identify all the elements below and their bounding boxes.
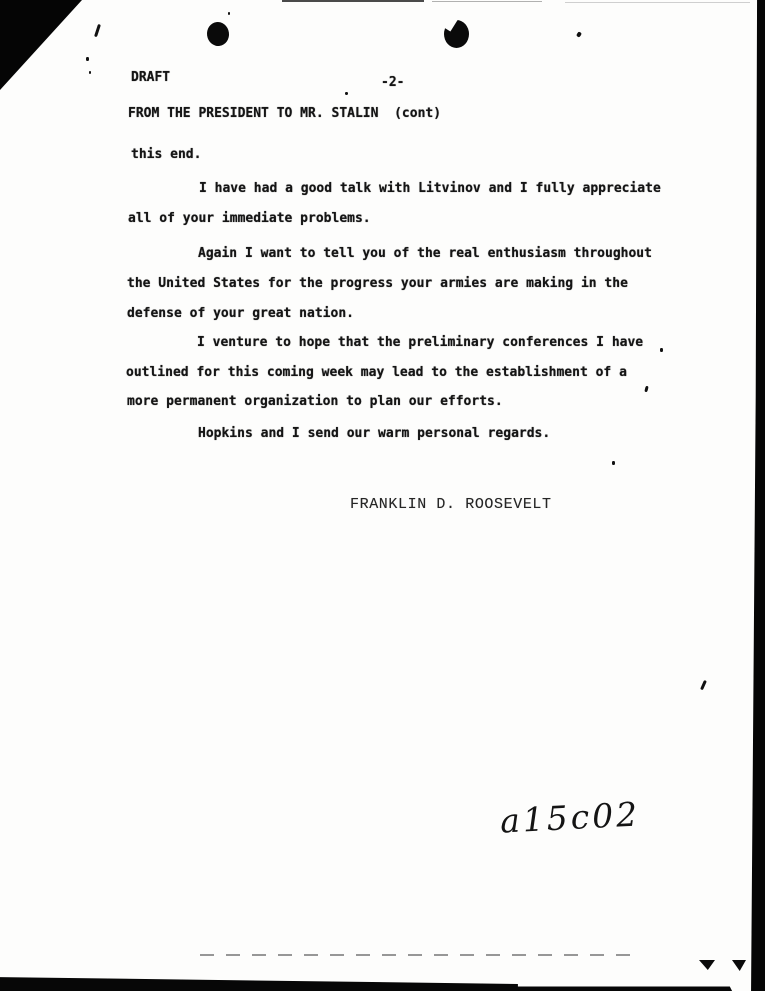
body-line: I have had a good talk with Litvinov and… — [199, 181, 661, 196]
body-line: Hopkins and I send our warm personal reg… — [198, 426, 550, 441]
body-line: this end. — [131, 147, 201, 162]
hole-punch-dot-right — [444, 20, 469, 48]
scan-corner-fold — [0, 0, 82, 90]
body-line: all of your immediate problems. — [128, 211, 371, 226]
ink-speck — [576, 31, 582, 37]
ink-speck — [228, 12, 230, 15]
draft-label: DRAFT — [131, 70, 170, 85]
scan-streak — [200, 954, 640, 956]
hole-punch-dot-right-notch — [435, 8, 459, 31]
ink-speck — [86, 57, 89, 61]
body-line: the United States for the progress your … — [127, 276, 628, 291]
ink-speck — [612, 461, 615, 465]
ink-speck — [700, 680, 706, 690]
scan-top-edge-line — [565, 2, 750, 3]
scan-right-edge-shadow — [750, 0, 765, 991]
from-line: FROM THE PRESIDENT TO MR. STALIN (cont) — [128, 106, 441, 121]
body-line: I venture to hope that the preliminary c… — [197, 335, 643, 350]
body-line: defense of your great nation. — [127, 306, 354, 321]
scan-top-edge-line — [432, 1, 542, 2]
page-number: -2- — [381, 75, 404, 90]
ink-speck — [89, 71, 91, 74]
body-line: outlined for this coming week may lead t… — [126, 365, 627, 380]
scan-top-edge-line — [282, 0, 424, 2]
ink-speck — [699, 960, 715, 970]
body-line: Again I want to tell you of the real ent… — [198, 246, 652, 261]
ink-speck — [660, 348, 663, 352]
body-line: more permanent organization to plan our … — [127, 394, 503, 409]
handwritten-annotation: a15c02 — [499, 794, 641, 840]
signature-line: FRANKLIN D. ROOSEVELT — [350, 496, 552, 513]
scanned-letter-page: DRAFT -2- FROM THE PRESIDENT TO MR. STAL… — [0, 0, 765, 991]
ink-speck — [644, 386, 648, 393]
ink-speck — [732, 960, 746, 971]
ink-speck — [94, 24, 100, 37]
scan-bottom-edge-shadow — [0, 975, 765, 991]
ink-speck — [345, 92, 348, 95]
hole-punch-dot-left — [205, 21, 230, 48]
